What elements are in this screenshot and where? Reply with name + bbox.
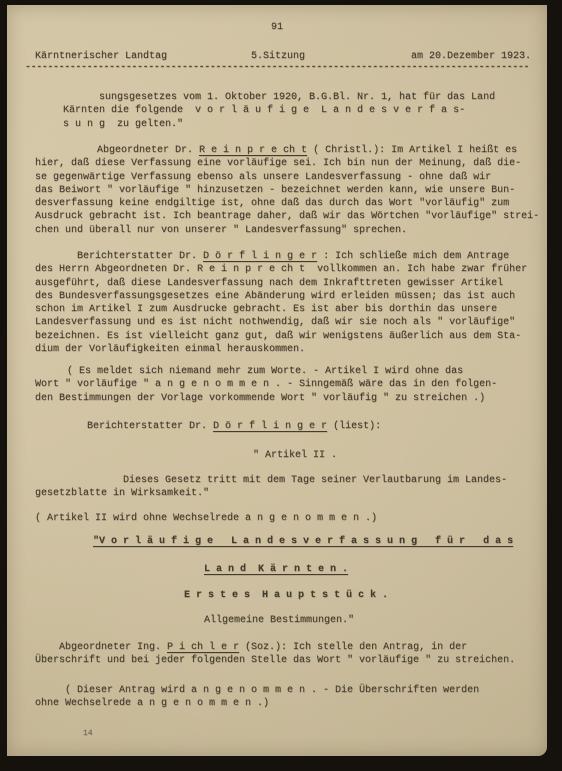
- text-line: ohne Wechselrede a n g e n o m m e n .): [35, 697, 479, 710]
- underlined-name: P i ch l e r: [167, 642, 239, 653]
- text-segment: Landesverfassung und es ist nicht nothwe…: [35, 317, 515, 328]
- text-line: schon im Artikel I zum Ausdrucke gebrach…: [35, 303, 527, 316]
- text-line: gesetzblatte in Wirksamkeit.": [35, 487, 507, 500]
- text-segment: schon im Artikel I zum Ausdrucke gebrach…: [35, 304, 497, 315]
- text-segment: Überschrift und bei jeder folgenden Stel…: [35, 655, 515, 666]
- title-line2: L a n d K ä r n t e n .: [204, 563, 348, 576]
- text-line: dium der Vorläufigkeiten einmal herausko…: [35, 343, 527, 356]
- text-segment: Berichterstatter Dr.: [87, 421, 213, 432]
- text-segment: hier, daß diese Verfassung eine vorläufi…: [35, 158, 521, 169]
- text-line: Berichterstatter Dr. D ö r f l i n g e r…: [87, 420, 381, 433]
- text-line: Abgeordneter Ing. P i ch l e r (Soz.): I…: [35, 641, 515, 654]
- paragraph-artikel2-text: Dieses Gesetz tritt mit dem Tage seiner …: [35, 474, 507, 501]
- text-line: Wort " vorläufige " a n g e n o m m e n …: [35, 378, 497, 391]
- text-segment: chen und überall nur von unserer " Lande…: [35, 225, 407, 236]
- text-line: Berichterstatter Dr. D ö r f l i n g e r…: [35, 250, 527, 263]
- text-line: das Beiwort " vorläufige " hinzusetzen -…: [35, 184, 539, 197]
- text-segment: Ausdruck gebracht ist. Ich beantrage dah…: [35, 211, 539, 222]
- text-line: s u n g zu gelten.": [63, 118, 495, 131]
- text-segment: Abgeordneter Dr.: [97, 145, 199, 156]
- text-line: ( Artikel II wird ohne Wechselrede a n g…: [35, 512, 377, 525]
- text-segment: ( Es meldet sich niemand mehr zum Worte.…: [67, 366, 463, 377]
- paragraph-speech-pichler: Abgeordneter Ing. P i ch l e r (Soz.): I…: [35, 641, 515, 668]
- text-segment: den Bestimmungen der Vorlage vorkommende…: [35, 393, 485, 404]
- paragraph-procedural-note-artikel1: ( Es meldet sich niemand mehr zum Worte.…: [35, 365, 497, 405]
- header-divider-rule: ----------------------------------------…: [25, 61, 539, 74]
- text-segment: (Soz.): Ich stelle den Antrag, in der: [239, 642, 467, 653]
- text-line: chen und überall nur von unserer " Lande…: [35, 224, 539, 237]
- text-segment: (liest):: [327, 421, 381, 432]
- text-segment: se gegenwärtige Verfassung ebenso als un…: [35, 172, 491, 183]
- text-segment: ( Dieser Antrag wird a n g e n o m m e n…: [65, 685, 479, 696]
- text-line: Ausdruck gebracht ist. Ich beantrage dah…: [35, 210, 539, 223]
- section-heading: E r s t e s H a u p t s t ü c k .: [184, 589, 388, 602]
- text-segment: das Beiwort " vorläufige " hinzusetzen -…: [35, 185, 515, 196]
- text-segment: ( Artikel II wird ohne Wechselrede a n g…: [35, 513, 377, 524]
- text-line: des Herrn Abgeordneten Dr. R e i n p r e…: [35, 263, 527, 276]
- text-line: hier, daß diese Verfassung eine vorläufi…: [35, 157, 539, 170]
- paragraph-speech-reinprecht: Abgeordneter Dr. R e i n p r e ch t ( Ch…: [35, 144, 539, 237]
- text-line: desverfassung keine endgiltige ist, ohne…: [35, 197, 539, 210]
- text-line: den Bestimmungen der Vorlage vorkommende…: [35, 392, 497, 405]
- text-segment: des Bundesverfassungsgesetzes eine Abänd…: [35, 291, 515, 302]
- text-segment: gesetzblatte in Wirksamkeit.": [35, 488, 209, 499]
- text-segment: Wort " vorläufige " a n g e n o m m e n …: [35, 379, 497, 390]
- page-number: 91: [7, 21, 547, 34]
- text-segment: des Herrn Abgeordneten Dr. R e i n p r e…: [35, 264, 527, 275]
- underlined-name: R e i n p r e ch t: [199, 145, 307, 156]
- text-line: bezeichnen. Es ist vielleicht ganz gut, …: [35, 330, 527, 343]
- text-segment: ausgeführt, daß diese Landesverfassung n…: [35, 278, 503, 289]
- artikel2-heading: " Artikel II .: [253, 449, 337, 462]
- underlined-name: D ö r f l i n g e r: [203, 251, 317, 262]
- paragraph-procedural-note-artikel2: ( Artikel II wird ohne Wechselrede a n g…: [35, 512, 377, 525]
- text-line: ( Dieser Antrag wird a n g e n o m m e n…: [35, 684, 479, 697]
- paragraph-speaker-liest: Berichterstatter Dr. D ö r f l i n g e r…: [87, 420, 381, 433]
- text-line: ausgeführt, daß diese Landesverfassung n…: [35, 277, 527, 290]
- subsection-heading: Allgemeine Bestimmungen.": [204, 614, 354, 627]
- text-line: Abgeordneter Dr. R e i n p r e ch t ( Ch…: [35, 144, 539, 157]
- text-segment: : Ich schließe mich dem Antrage: [317, 251, 509, 262]
- text-line: Landesverfassung und es ist nicht nothwe…: [35, 316, 527, 329]
- text-segment: Abgeordneter Ing.: [59, 642, 167, 653]
- paragraph-procedural-note-final: ( Dieser Antrag wird a n g e n o m m e n…: [35, 684, 479, 711]
- text-segment: s u n g zu gelten.": [63, 119, 183, 130]
- sheet-mark: 14: [83, 727, 93, 740]
- title-line1: "V o r l ä u f i g e L a n d e s v e r f…: [93, 535, 513, 548]
- text-line: sungsgesetzes vom 1. Oktober 1920, B.G.B…: [63, 91, 495, 104]
- document-page: 91 Kärntnerischer Landtag 5.Sitzung am 2…: [7, 5, 547, 756]
- text-segment: Kärnten die folgende v o r l ä u f i g e…: [63, 105, 465, 116]
- text-line: se gegenwärtige Verfassung ebenso als un…: [35, 171, 539, 184]
- text-segment: Dieses Gesetz tritt mit dem Tage seiner …: [123, 475, 507, 486]
- paragraph-quote-continuation: sungsgesetzes vom 1. Oktober 1920, B.G.B…: [63, 91, 495, 131]
- paragraph-speech-doerflinger: Berichterstatter Dr. D ö r f l i n g e r…: [35, 250, 527, 356]
- text-line: Überschrift und bei jeder folgenden Stel…: [35, 654, 515, 667]
- text-segment: sungsgesetzes vom 1. Oktober 1920, B.G.B…: [99, 92, 495, 103]
- text-line: Kärnten die folgende v o r l ä u f i g e…: [63, 104, 495, 117]
- text-segment: bezeichnen. Es ist vielleicht ganz gut, …: [35, 331, 521, 342]
- text-line: des Bundesverfassungsgesetzes eine Abänd…: [35, 290, 527, 303]
- text-segment: ( Christl.): Im Artikel I heißt es: [307, 145, 517, 156]
- scanned-document: { "colors": { "paper": "#d5c7a6", "ink":…: [0, 0, 562, 771]
- text-segment: Berichterstatter Dr.: [77, 251, 203, 262]
- text-segment: dium der Vorläufigkeiten einmal herausko…: [35, 344, 305, 355]
- underlined-name: D ö r f l i n g e r: [213, 421, 327, 432]
- text-segment: desverfassung keine endgiltige ist, ohne…: [35, 198, 509, 209]
- text-segment: ohne Wechselrede a n g e n o m m e n .): [35, 698, 269, 709]
- text-line: Dieses Gesetz tritt mit dem Tage seiner …: [35, 474, 507, 487]
- text-line: ( Es meldet sich niemand mehr zum Worte.…: [35, 365, 497, 378]
